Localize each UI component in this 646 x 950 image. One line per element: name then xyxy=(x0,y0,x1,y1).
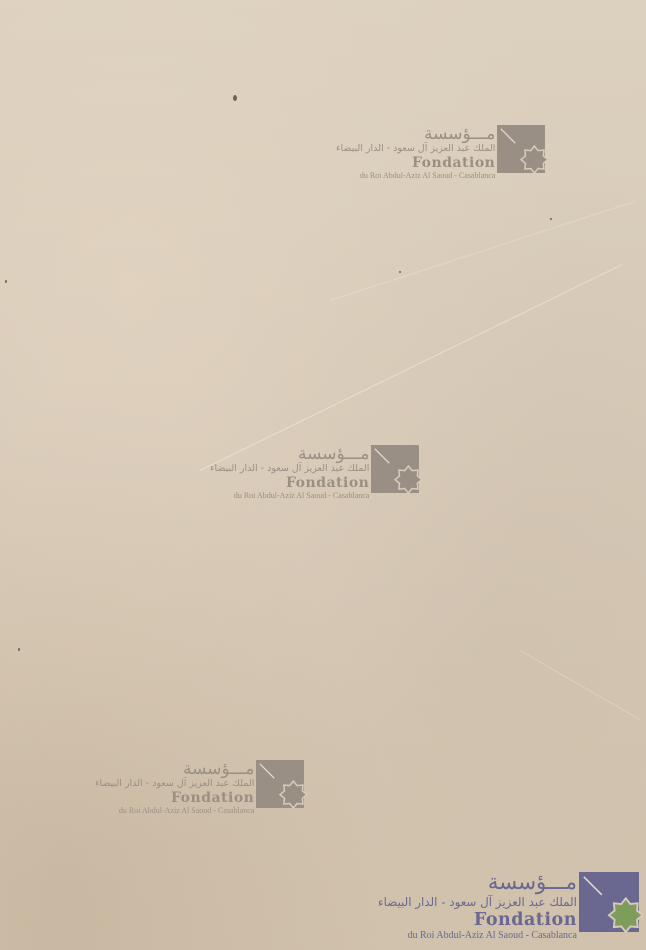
foundation-watermark: مـــؤسسة الملك عبد العزيز آل سعود - الدا… xyxy=(378,872,644,942)
foundation-logo-icon xyxy=(579,872,644,937)
scanned-page: مـــؤسسة الملك عبد العزيز آل سعود - الدا… xyxy=(0,0,646,950)
watermark-arabic-subtitle: الملك عبد العزيز آل سعود - الدار البيضاء xyxy=(378,895,577,910)
paper-speck xyxy=(18,648,20,651)
watermark-text: مـــؤسسة الملك عبد العزيز آل سعود - الدا… xyxy=(95,760,254,816)
foundation-watermark: مـــؤسسة الملك عبد العزيز آل سعود - الدا… xyxy=(336,125,549,181)
foundation-watermark: مـــؤسسة الملك عبد العزيز آل سعود - الدا… xyxy=(95,760,308,816)
foundation-logo-icon xyxy=(371,445,423,497)
watermark-arabic-title: مـــؤسسة xyxy=(488,872,577,895)
watermark-title: Fondation xyxy=(286,475,369,491)
watermark-arabic-title: مـــؤسسة xyxy=(183,760,254,778)
foundation-watermark: مـــؤسسة الملك عبد العزيز آل سعود - الدا… xyxy=(210,445,423,501)
paper-speck xyxy=(5,280,7,283)
watermark-arabic-title: مـــؤسسة xyxy=(298,445,369,463)
watermark-arabic-subtitle: الملك عبد العزيز آل سعود - الدار البيضاء xyxy=(336,143,495,155)
paper-speck xyxy=(233,95,237,101)
watermark-subtitle: du Roi Abdul-Aziz Al Saoud - Casablanca xyxy=(408,930,577,943)
paper-crease xyxy=(200,264,623,471)
watermark-subtitle: du Roi Abdul-Aziz Al Saoud - Casablanca xyxy=(360,171,496,181)
foundation-logo-icon xyxy=(497,125,549,177)
watermark-title: Fondation xyxy=(474,910,577,930)
watermark-subtitle: du Roi Abdul-Aziz Al Saoud - Casablanca xyxy=(234,491,370,501)
watermark-arabic-title: مـــؤسسة xyxy=(424,125,495,143)
paper-crease xyxy=(330,201,635,301)
watermark-subtitle: du Roi Abdul-Aziz Al Saoud - Casablanca xyxy=(119,806,255,816)
watermark-title: Fondation xyxy=(171,790,254,806)
watermark-arabic-subtitle: الملك عبد العزيز آل سعود - الدار البيضاء xyxy=(95,778,254,790)
watermark-title: Fondation xyxy=(412,155,495,171)
watermark-arabic-subtitle: الملك عبد العزيز آل سعود - الدار البيضاء xyxy=(210,463,369,475)
paper-crease xyxy=(520,650,642,721)
paper-speck xyxy=(550,218,552,220)
paper-speck xyxy=(399,271,401,273)
foundation-logo-icon xyxy=(256,760,308,812)
watermark-text: مـــؤسسة الملك عبد العزيز آل سعود - الدا… xyxy=(378,872,577,942)
watermark-text: مـــؤسسة الملك عبد العزيز آل سعود - الدا… xyxy=(210,445,369,501)
watermark-text: مـــؤسسة الملك عبد العزيز آل سعود - الدا… xyxy=(336,125,495,181)
